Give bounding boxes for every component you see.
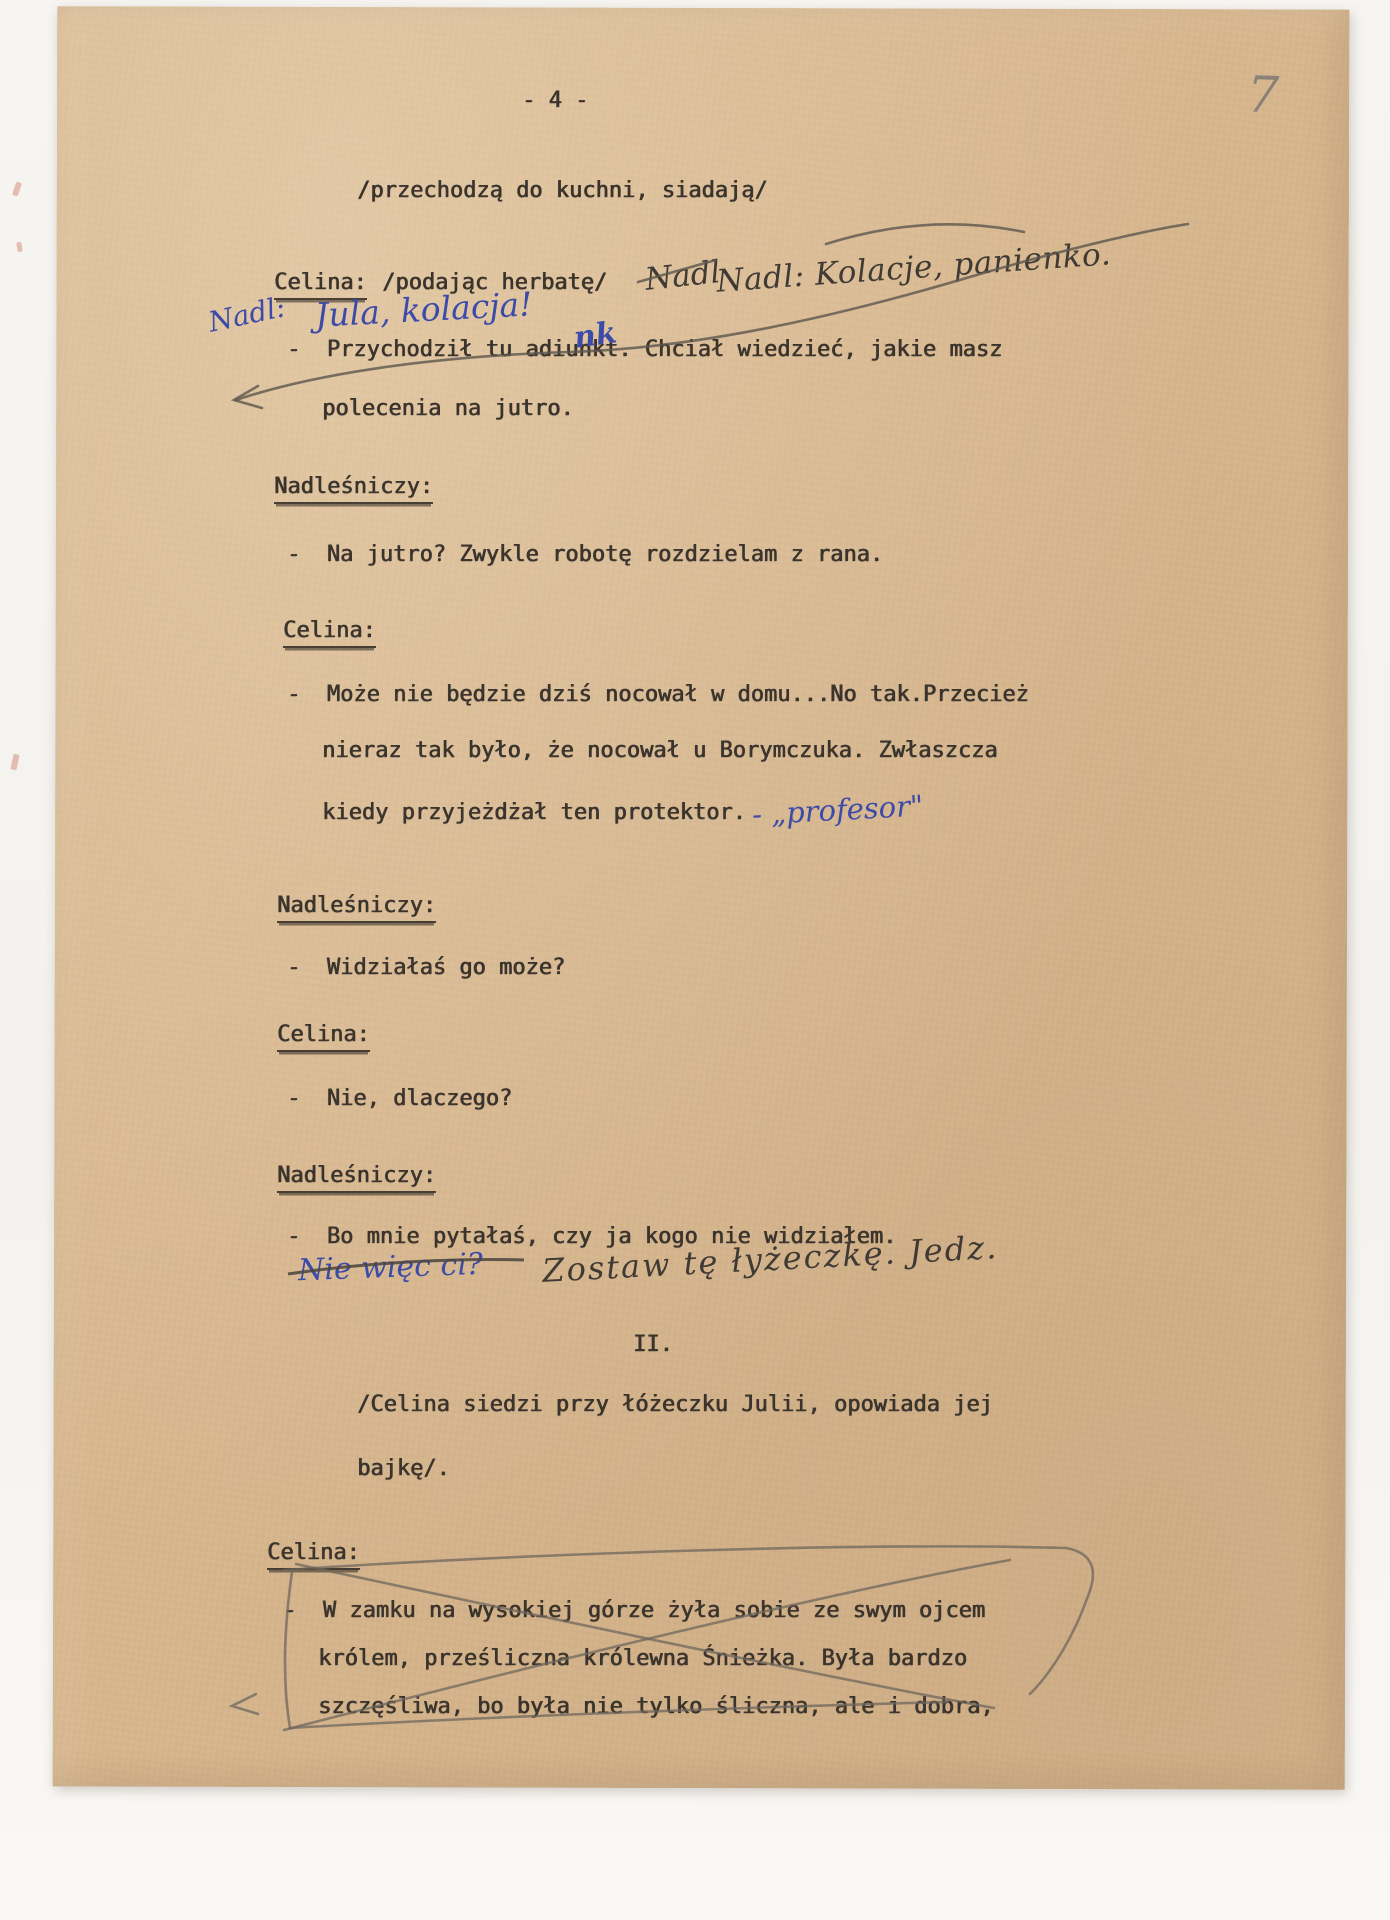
speaker-name: Nadleśniczy:	[277, 1163, 436, 1193]
stage-direction: bajkę/.	[357, 1456, 450, 1482]
speaker-name: Celina:	[267, 1540, 360, 1570]
scan-mark	[16, 242, 23, 253]
speaker-name: Nadleśniczy:	[277, 893, 436, 923]
speaker-name: Nadleśniczy:	[274, 474, 433, 504]
dialogue-line: - Nie, dlaczego?	[287, 1086, 512, 1112]
dialogue-line: nieraz tak było, że nocował u Borymczuka…	[322, 738, 998, 764]
dialogue-line: - Przychodził tu adiunkt. Chciał wiedzie…	[287, 337, 1002, 363]
page-number: - 4 -	[522, 88, 588, 114]
handwritten-corner-page-number: 7	[1246, 65, 1280, 124]
scan-mark	[10, 754, 19, 771]
stage-direction: /Celina siedzi przy łóżeczku Julii, opow…	[357, 1392, 993, 1418]
scene-number: II.	[633, 1332, 673, 1358]
dialogue-line: szczęśliwa, bo była nie tylko śliczna, a…	[318, 1694, 994, 1720]
dialogue-line: - Widziałaś go może?	[287, 955, 565, 981]
stage-direction: /przechodzą do kuchni, siadają/	[357, 178, 768, 204]
dialogue-line: polecenia na jutro.	[322, 396, 574, 422]
handwritten-crossed-out-nie: Nie więc ci?	[297, 1247, 483, 1288]
speaker-name: Celina:	[277, 1022, 370, 1052]
dialogue-line: - W zamku na wysokiej górze żyła sobie z…	[283, 1598, 985, 1624]
dialogue-line: królem, prześliczna królewna Śnieżka. By…	[318, 1646, 967, 1672]
dialogue-line: - Na jutro? Zwykle robotę rozdzielam z r…	[287, 542, 883, 568]
dialogue-line: - Może nie będzie dziś nocował w domu...…	[287, 682, 1029, 708]
scanned-page-background: - 4 - /przechodzą do kuchni, siadają/ Ce…	[0, 0, 1390, 1920]
scan-mark	[12, 181, 22, 196]
handwritten-nk-correction: nk	[572, 315, 619, 356]
speaker-name: Celina:	[283, 618, 376, 648]
dialogue-line: kiedy przyjeżdżał ten protektor.	[322, 800, 746, 826]
